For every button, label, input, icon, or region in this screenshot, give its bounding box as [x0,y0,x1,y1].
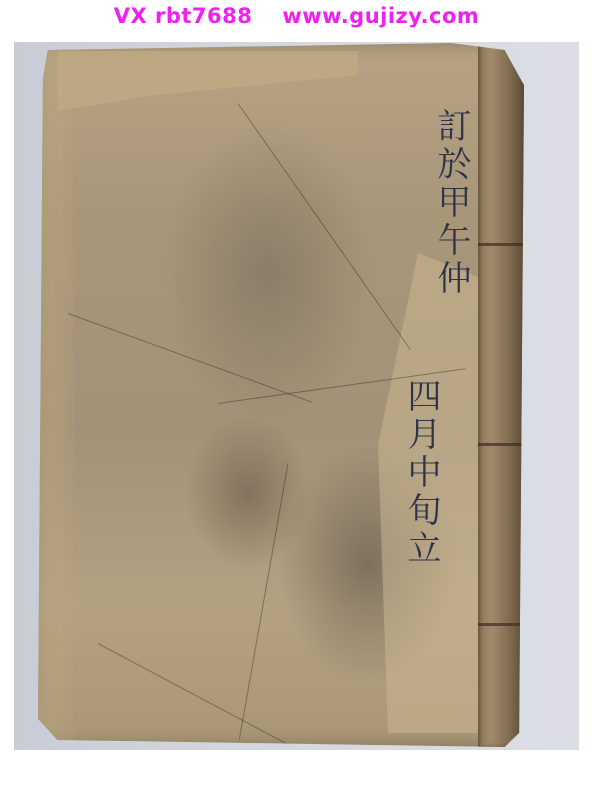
binding-stitch [478,243,524,246]
torn-paper-flap [58,51,358,111]
paper-crease [239,463,289,739]
watermark-wechat-id: VX rbt7688 [114,4,253,28]
paper-crease [238,103,411,349]
binding-stitch [478,623,524,626]
binding-stitch [478,443,524,446]
handwritten-inscription: 訂於甲午仲 四月中旬立 [398,108,468,628]
paper-crease [68,313,313,403]
watermark-banner: VX rbt7688 www.gujizy.com [0,1,593,31]
inscription-line-2: 四月中旬立 [404,378,438,568]
cover-left-margin [38,43,74,747]
inscription-line-1: 訂於甲午仲 [431,108,471,298]
stitched-spine [478,43,524,747]
watermark-website: www.gujizy.com [282,4,479,28]
